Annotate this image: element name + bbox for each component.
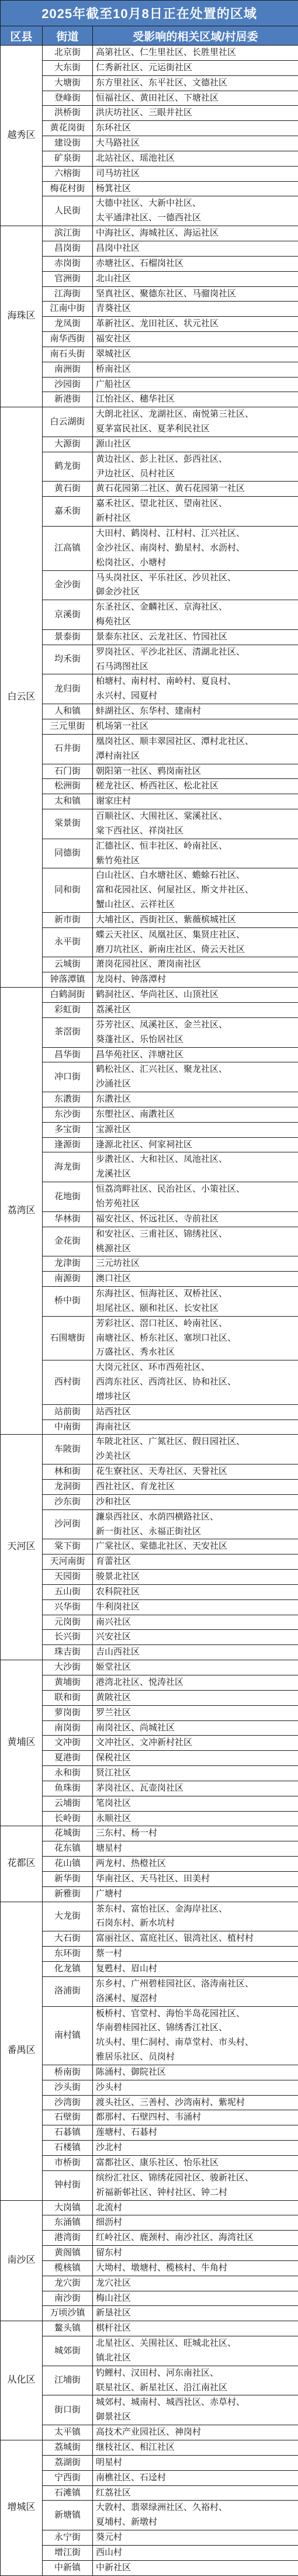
areas-cell: 东方里社区、东平社区、文德社区 xyxy=(93,75,298,91)
areas-cell: 保税社区 xyxy=(93,1751,298,1766)
street-cell: 长兴街 xyxy=(43,1630,93,1645)
areas-cell: 南兴社区 xyxy=(93,1615,298,1630)
areas-cell: 笔岗社区 xyxy=(93,1796,298,1811)
table-row: 江埔街钓鲤村、汉田村、河东南社区、 联星社区、新星社区、沿江南社区 xyxy=(1,2366,298,2395)
street-cell: 梅花村街 xyxy=(43,181,93,196)
table-row: 沙东街沙和社区 xyxy=(1,1494,298,1509)
areas-cell: 景泰东社区、云龙社区、竹园社区 xyxy=(93,629,298,645)
areas-cell: 富都社区、康乐社区、怡乐社区 xyxy=(93,2155,298,2170)
street-cell: 昌华街 xyxy=(43,1047,93,1062)
table-row: 钟村街缤纷汇社区、锦绣花园社区、骏新社区、 祈福新邨社区、钟村社区、钟二村 xyxy=(1,2170,298,2200)
street-cell: 建设街 xyxy=(43,136,93,151)
street-cell: 中南街 xyxy=(43,1419,93,1435)
street-cell: 市桥街 xyxy=(43,2155,93,2170)
street-cell: 赤岗街 xyxy=(43,256,93,271)
areas-cell: 北星社区、关围社区、旺城北社区、 镇北社区 xyxy=(93,2336,298,2366)
table-row: 赤岗街赤塘社区、石榴岗社区 xyxy=(1,256,298,271)
areas-cell: 吉山西社区 xyxy=(93,1645,298,1660)
table-row: 新港街江怡社区、穗华社区 xyxy=(1,392,298,407)
areas-cell: 赤塘社区、石榴岗社区 xyxy=(93,256,298,271)
table-row: 梅花村街杨箕社区 xyxy=(1,181,298,196)
areas-cell: 福安社区 xyxy=(93,332,298,347)
areas-cell: 汇德社区、恒丰社区、岭南社区、 紫竹苑社区 xyxy=(93,839,298,868)
table-row: 黄埔区大沙街姬堂社区 xyxy=(1,1660,298,1675)
areas-cell: 渡头社区、三善村、沙湾南村、紫坭村 xyxy=(93,2095,298,2110)
areas-cell: 柏塘村、南村村、南岭村、夏良村、 永兴村、园夏村 xyxy=(93,674,298,704)
table-row: 天园街骏景北社区 xyxy=(1,1570,298,1585)
street-cell: 西村街 xyxy=(43,1360,93,1405)
table-row: 万顷沙镇新垦社区 xyxy=(1,2306,298,2321)
areas-cell: 青葵社区 xyxy=(93,302,298,317)
district-cell: 越秀区 xyxy=(1,46,43,226)
table-row: 云埔街笔岗社区 xyxy=(1,1796,298,1811)
street-cell: 黄石街 xyxy=(43,482,93,497)
areas-cell: 红荔社区 xyxy=(93,2485,298,2501)
table-row: 永宁街葵元村 xyxy=(1,2530,298,2546)
areas-cell: 蝶云天社区、凤凰社区、集贤庄社区、 磨刀坑社区、新南庄社区、倚云天社区 xyxy=(93,927,298,957)
street-cell: 沙头街 xyxy=(43,2080,93,2095)
table-row: 城郊街北星社区、关围社区、旺城北社区、 镇北社区 xyxy=(1,2336,298,2366)
street-cell: 元岗街 xyxy=(43,1615,93,1630)
areas-cell: 中海社区、海城社区、海运社区 xyxy=(93,226,298,241)
processing-areas-table: 2025年截至10月8日正在处置的区域 区县 街道 受影响的相关区域/村居委 越… xyxy=(0,0,298,2576)
areas-cell: 永顺社区 xyxy=(93,1811,298,1826)
table-row: 金花街和安社区、三甫社区、锦绣社区、 桃源社区 xyxy=(1,1227,298,1256)
street-cell: 文冲街 xyxy=(43,1736,93,1751)
table-row: 夏港街保税社区 xyxy=(1,1751,298,1766)
street-cell: 金沙街 xyxy=(43,570,93,600)
street-cell: 永和街 xyxy=(43,1766,93,1781)
street-cell: 车陂街 xyxy=(43,1435,93,1464)
areas-cell: 东圣社区、金麟社区、京海社区、 梅苑社区 xyxy=(93,600,298,630)
street-cell: 太和镇 xyxy=(43,794,93,809)
street-cell: 鱼珠街 xyxy=(43,1781,93,1796)
areas-cell: 大埔社区、西街社区、紫薇槟城社区 xyxy=(93,912,298,927)
street-cell: 站前街 xyxy=(43,1404,93,1419)
street-cell: 沙湾街 xyxy=(43,2095,93,2110)
areas-cell: 恒福社区、黄田社区、下塘社区 xyxy=(93,91,298,106)
areas-cell: 东塱社区、南漖社区 xyxy=(93,1107,298,1122)
areas-cell: 车陂北社区、广氮社区、假日园社区、 沙美社区 xyxy=(93,1435,298,1464)
areas-cell: 白山社区、白水塘社区、蟾蜍石社区、 富和花园社区、何屋社区、斯文井社区、 蟹山社… xyxy=(93,868,298,913)
street-cell: 兴华街 xyxy=(43,1599,93,1615)
street-cell: 南洲街 xyxy=(43,362,93,377)
areas-cell: 缤纷汇社区、锦绣花园社区、骏新社区、 祈福新邨社区、钟村社区、钟二村 xyxy=(93,2170,298,2200)
district-cell: 白云区 xyxy=(1,407,43,988)
areas-cell: 萧岗花园社区、萧岗南社区 xyxy=(93,957,298,972)
street-cell: 石滩镇 xyxy=(43,2485,93,2501)
table-row: 黄阁镇留东村 xyxy=(1,2246,298,2261)
table-row: 三元里街机场第一社区 xyxy=(1,719,298,734)
table-row: 冲口街鹤松社区、汇兴社区、聚龙社区、 沙涌社区 xyxy=(1,1062,298,1092)
areas-cell: 杨箕社区 xyxy=(93,181,298,196)
street-cell: 同德街 xyxy=(43,839,93,868)
table-row: 昌华街昌华苑社区、泮塘社区 xyxy=(1,1047,298,1062)
street-cell: 花山镇 xyxy=(43,1857,93,1872)
areas-cell: 鹤洞社区、华尚社区、山顶社区 xyxy=(93,988,298,1003)
street-cell: 逢源街 xyxy=(43,1137,93,1152)
table-row: 化龙镇复甦村、眉山村 xyxy=(1,1962,298,1977)
street-cell: 多宝街 xyxy=(43,1122,93,1137)
table-row: 番禺区大龙街茶东村、富怡社区、金海岸社区、 石岗东村、新水坑村 xyxy=(1,1902,298,1931)
street-cell: 永平街 xyxy=(43,927,93,957)
table-row: 花东镇塘星村 xyxy=(1,1841,298,1857)
table-row: 增城区荔城街继枝社区、相江社区 xyxy=(1,2440,298,2456)
table-row: 石楼镇沙北村 xyxy=(1,2141,298,2156)
table-row: 长岭街永顺社区 xyxy=(1,1811,298,1826)
areas-cell: 育蕾社区 xyxy=(93,1554,298,1570)
table-row: 京溪街东圣社区、金麟社区、京海社区、 梅苑社区 xyxy=(1,600,298,630)
areas-cell: 昌华苑社区、泮塘社区 xyxy=(93,1047,298,1062)
areas-cell: 步漖社区、大和社区、凤池社区、 龙溪社区 xyxy=(93,1152,298,1182)
areas-cell: 翠城社区 xyxy=(93,347,298,362)
areas-cell: 逢源北社区、何家祠社区 xyxy=(93,1137,298,1152)
district-cell: 花都区 xyxy=(1,1826,43,1902)
areas-cell: 红岭社区、鹿颈村、南沙社区、海湾社区 xyxy=(93,2231,298,2246)
areas-cell: 罗岗社区、平沙北社区、清湖北社区、 石马鸿图社区 xyxy=(93,645,298,674)
street-cell: 港湾街 xyxy=(43,2231,93,2246)
table-row: 大石街富丽社区、富庭社区、银湾社区、植村村 xyxy=(1,1931,298,1947)
areas-cell: 南樵社区、石迳村 xyxy=(93,2470,298,2485)
street-cell: 珠吉街 xyxy=(43,1645,93,1660)
street-cell: 花地街 xyxy=(43,1182,93,1212)
areas-cell: 革新社区、龙田社区、状元社区 xyxy=(93,317,298,332)
street-cell: 江南中街 xyxy=(43,302,93,317)
street-cell: 太平镇 xyxy=(43,2425,93,2440)
table-row: 港湾街红岭社区、鹿颈村、南沙社区、海湾社区 xyxy=(1,2231,298,2246)
street-cell: 海龙街 xyxy=(43,1152,93,1182)
areas-cell: 黄陂社区 xyxy=(93,1690,298,1705)
table-row: 石滩镇红荔社区 xyxy=(1,2485,298,2501)
table-row: 洛浦街东乡村、广州碧桂园社区、洛涛南社区、 洛溪村、厦滘村 xyxy=(1,1976,298,2006)
table-row: 人民街大德中社区、大新中社区、 太平通津社区、一德西社区 xyxy=(1,196,298,226)
street-cell: 洪桥街 xyxy=(43,106,93,121)
table-row: 棠景街百顺社区、大围社区、棠溪社区、 棠下西社区、祥岗社区 xyxy=(1,809,298,839)
street-cell: 京溪街 xyxy=(43,600,93,630)
table-row: 华林街福安社区、怀远社区、寺前社区 xyxy=(1,1211,298,1227)
street-cell: 新市街 xyxy=(43,912,93,927)
table-row: 同德街汇德社区、恒丰社区、岭南社区、 紫竹苑社区 xyxy=(1,839,298,868)
areas-cell: 细沥村 xyxy=(93,2215,298,2231)
column-header-areas: 受影响的相关区域/村居委 xyxy=(93,26,298,46)
table-row: 同和街白山社区、白水塘社区、蟾蜍石社区、 富和花园社区、何屋社区、斯文井社区、 … xyxy=(1,868,298,913)
street-cell: 棠景街 xyxy=(43,809,93,839)
areas-cell: 广船社区 xyxy=(93,377,298,392)
table-row: 龙凤街革新社区、龙田社区、状元社区 xyxy=(1,317,298,332)
street-cell: 彩虹街 xyxy=(43,1003,93,1018)
table-row: 六榕街司马坊社区 xyxy=(1,166,298,181)
table-row: 昌岗街昌岗中社区 xyxy=(1,241,298,256)
areas-cell: 南岗社区、尚城社区 xyxy=(93,1720,298,1736)
street-cell: 华林街 xyxy=(43,1211,93,1227)
street-cell: 洛浦街 xyxy=(43,1976,93,2006)
street-cell: 黄花岗街 xyxy=(43,121,93,136)
areas-cell: 黄边社区、彭上社区、彭西社区、 尹边社区、员村社区 xyxy=(93,452,298,482)
table-row: 海龙街步漖社区、大和社区、凤池社区、 龙溪社区 xyxy=(1,1152,298,1182)
street-cell: 石门街 xyxy=(43,764,93,779)
table-row: 花地街恒荔湾畔社区、民治社区、小策社区、 怡芳苑社区 xyxy=(1,1182,298,1212)
street-cell: 新华街 xyxy=(43,1871,93,1886)
table-row: 沙湾街渡头社区、三善村、沙湾南村、紫坭村 xyxy=(1,2095,298,2110)
areas-cell: 西山村 xyxy=(93,2545,298,2560)
street-cell: 东环街 xyxy=(43,1947,93,1962)
areas-cell: 海南社区 xyxy=(93,1419,298,1435)
areas-cell: 板桥村、官堂村、海怡半岛花园社区、 华南碧桂园社区、锦绣香江社区、 坑头村、里仁… xyxy=(93,2006,298,2065)
street-cell: 沙园街 xyxy=(43,377,93,392)
table-row: 棠下街广棠社区、棠德北社区、天安社区 xyxy=(1,1539,298,1554)
table-row: 宁西街南樵社区、石迳村 xyxy=(1,2470,298,2485)
street-cell: 龙穴街 xyxy=(43,2276,93,2291)
areas-cell: 农科院社区 xyxy=(93,1584,298,1599)
table-row: 海珠区滨江街中海社区、海城社区、海运社区 xyxy=(1,226,298,241)
table-row: 建设街大马路社区 xyxy=(1,136,298,151)
table-row: 永和街贤江社区 xyxy=(1,1766,298,1781)
district-cell: 黄埔区 xyxy=(1,1660,43,1826)
table-row: 登峰街恒福社区、黄田社区、下塘社区 xyxy=(1,91,298,106)
areas-cell: 三元坊社区 xyxy=(93,1256,298,1272)
areas-cell: 都那村、石壁四村、韦涌村 xyxy=(93,2110,298,2125)
street-cell: 石井街 xyxy=(43,734,93,764)
areas-cell: 广塘村 xyxy=(93,1886,298,1902)
table-row: 石碁镇莲塘村、石碁村 xyxy=(1,2125,298,2141)
table-row: 东沙街东塱社区、南漖社区 xyxy=(1,1107,298,1122)
table-row: 龙津街三元坊社区 xyxy=(1,1256,298,1272)
table-row: 洪桥街洪庆坊社区、三眼井社区 xyxy=(1,106,298,121)
areas-cell: 黄石花园第二社区、黄石花园第一社区 xyxy=(93,482,298,497)
areas-cell: 兴安社区 xyxy=(93,1630,298,1645)
street-cell: 钟落潭镇 xyxy=(43,972,93,988)
street-cell: 景泰街 xyxy=(43,629,93,645)
areas-cell: 芬芳社区、凤溪社区、金兰社区、 葵蓬社区、乐怡居社区 xyxy=(93,1017,298,1047)
areas-cell: 中新社区 xyxy=(93,2560,298,2575)
areas-cell: 北站社区、瑶池社区 xyxy=(93,151,298,166)
table-body: 越秀区北京街高第社区、仁生里社区、长胜里社区大东街仁秀新社区、元运街社区大塘街东… xyxy=(1,46,298,2576)
areas-cell: 沙和社区 xyxy=(93,1494,298,1509)
street-cell: 五山街 xyxy=(43,1584,93,1599)
table-row: 沙园街广船社区 xyxy=(1,377,298,392)
street-cell: 城郊街 xyxy=(43,2336,93,2366)
areas-cell: 司马坊社区 xyxy=(93,166,298,181)
areas-cell: 罗兰社区 xyxy=(93,1705,298,1720)
table-row: 珠吉街吉山西社区 xyxy=(1,1645,298,1660)
areas-cell: 福安社区、怀远社区、寺前社区 xyxy=(93,1211,298,1227)
areas-cell: 文冲社区、文冲新村社区 xyxy=(93,1736,298,1751)
table-title: 2025年截至10月8日正在处置的区域 xyxy=(1,1,298,26)
table-row: 太和镇谢家庄村 xyxy=(1,794,298,809)
street-cell: 荔湖街 xyxy=(43,2455,93,2470)
table-row: 站前街站西社区 xyxy=(1,1404,298,1419)
street-cell: 联和街 xyxy=(43,1690,93,1705)
table-row: 茶滘街芬芳社区、凤溪社区、金兰社区、 葵蓬社区、乐怡居社区 xyxy=(1,1017,298,1047)
table-row: 萝岗街罗兰社区 xyxy=(1,1705,298,1720)
table-row: 永平街蝶云天社区、凤凰社区、集贤庄社区、 磨刀坑社区、新南庄社区、倚云天社区 xyxy=(1,927,298,957)
street-cell: 化龙镇 xyxy=(43,1962,93,1977)
street-cell: 龙洞街 xyxy=(43,1480,93,1495)
areas-cell: 梅山社区 xyxy=(93,2291,298,2306)
areas-cell: 大坳村、墩塘村、榄核村、牛角村 xyxy=(93,2260,298,2276)
street-cell: 钟村街 xyxy=(43,2170,93,2200)
table-row: 榄核镇大坳村、墩塘村、榄核村、牛角村 xyxy=(1,2260,298,2276)
table-row: 五山街农科院社区 xyxy=(1,1584,298,1599)
street-cell: 沙河街 xyxy=(43,1509,93,1539)
street-cell: 江高镇 xyxy=(43,527,93,571)
table-row: 鱼珠街茅岗社区、瓦壶岗社区 xyxy=(1,1781,298,1796)
street-cell: 大龙街 xyxy=(43,1902,93,1931)
table-row: 江高镇大田村、鹤岗村、江村村、江兴社区、 金沙社区、南岗村、勤星村、水沥村、 松… xyxy=(1,527,298,571)
table-row: 龙归街柏塘村、南村村、南岭村、夏良村、 永兴村、园夏村 xyxy=(1,674,298,704)
areas-cell: 明星村 xyxy=(93,2455,298,2470)
areas-cell: 三东村、杨一村 xyxy=(93,1826,298,1841)
table-row: 西村街大岗元社区、环市西苑社区、 西湾东社区、西湾社区、协和社区、 增埗社区 xyxy=(1,1360,298,1405)
street-cell: 长岭街 xyxy=(43,1811,93,1826)
district-cell: 海珠区 xyxy=(1,226,43,407)
areas-cell: 骏景北社区 xyxy=(93,1570,298,1585)
table-row: 市桥街富都社区、康乐社区、怡乐社区 xyxy=(1,2155,298,2170)
areas-cell: 留东村 xyxy=(93,2246,298,2261)
table-row: 新华街华南社区、天马社区、田美村 xyxy=(1,1871,298,1886)
table-row: 花都区花城街三东村、杨一村 xyxy=(1,1826,298,1841)
areas-cell: 贤江社区 xyxy=(93,1766,298,1781)
street-cell: 嘉禾街 xyxy=(43,497,93,527)
table-row: 均禾街罗岗社区、平沙北社区、清湖北社区、 石马鸿图社区 xyxy=(1,645,298,674)
table-row: 彩虹街荔溪社区 xyxy=(1,1003,298,1018)
table-row: 黄花岗街东环社区 xyxy=(1,121,298,136)
table-row: 江南中街青葵社区 xyxy=(1,302,298,317)
areas-cell: 东海社区、恒海社区、双桥社区、 坦尾社区、颐和社区、长安社区 xyxy=(93,1287,298,1317)
street-cell: 林和街 xyxy=(43,1464,93,1480)
street-cell: 江海街 xyxy=(43,286,93,302)
areas-cell: 桥南社区 xyxy=(93,362,298,377)
district-cell: 荔湾区 xyxy=(1,988,43,1435)
areas-cell: 继枝社区、相江社区 xyxy=(93,2440,298,2456)
street-cell: 沙东街 xyxy=(43,1494,93,1509)
table-row: 南洲街桥南社区 xyxy=(1,362,298,377)
areas-cell: 荔溪社区 xyxy=(93,1003,298,1018)
table-row: 东环街蔡一村 xyxy=(1,1947,298,1962)
areas-cell: 富丽社区、富庭社区、银湾社区、植村村 xyxy=(93,1931,298,1947)
street-cell: 六榕街 xyxy=(43,166,93,181)
street-cell: 鹤龙街 xyxy=(43,452,93,482)
street-cell: 滨江街 xyxy=(43,226,93,241)
street-cell: 茶滘街 xyxy=(43,1017,93,1047)
areas-cell: 棋杆社区 xyxy=(93,2321,298,2336)
street-cell: 南沙街 xyxy=(43,2291,93,2306)
table-row: 新塘镇大敦村、翡翠绿洲社区、久裕村、 夏埔村、新墩村 xyxy=(1,2501,298,2530)
areas-cell: 城郊村、城南村、城西社区、赤草村、 御景社区 xyxy=(93,2395,298,2425)
areas-cell: 东漖社区 xyxy=(93,1092,298,1107)
table-row: 龙洞街西社社区、育龙社区 xyxy=(1,1480,298,1495)
areas-cell: 陈涌村、御院社区 xyxy=(93,2065,298,2080)
street-cell: 冲口街 xyxy=(43,1062,93,1092)
areas-cell: 恒荔湾畔社区、民治社区、小策社区、 怡芳苑社区 xyxy=(93,1182,298,1212)
district-cell: 天河区 xyxy=(1,1435,43,1660)
areas-cell: 牛利岗社区 xyxy=(93,1599,298,1615)
table-row: 石壁街都那村、石壁四村、韦涌村 xyxy=(1,2110,298,2125)
table-row: 街口街城郊村、城南村、城西社区、赤草村、 御景社区 xyxy=(1,2395,298,2425)
district-cell: 南沙区 xyxy=(1,2200,43,2321)
street-cell: 三元里街 xyxy=(43,719,93,734)
table-row: 南石头街翠城社区 xyxy=(1,347,298,362)
table-row: 大东街仁秀新社区、元运街社区 xyxy=(1,60,298,75)
street-cell: 官洲街 xyxy=(43,271,93,286)
table-row: 南村镇板桥村、官堂村、海怡半岛花园社区、 华南碧桂园社区、锦绣香江社区、 坑头村… xyxy=(1,2006,298,2065)
street-cell: 新塘镇 xyxy=(43,2501,93,2530)
street-cell: 龙凤街 xyxy=(43,317,93,332)
areas-cell: 洪庆坊社区、三眼井社区 xyxy=(93,106,298,121)
areas-cell: 华南社区、天马社区、田美村 xyxy=(93,1871,298,1886)
table-row: 桥中街东海社区、恒海社区、双桥社区、 坦尾社区、颐和社区、长安社区 xyxy=(1,1287,298,1317)
areas-cell: 北流村 xyxy=(93,2200,298,2215)
table-row: 鹤龙街黄边社区、彭上社区、彭西社区、 尹边社区、员村社区 xyxy=(1,452,298,482)
table-row: 多宝街宝源社区 xyxy=(1,1122,298,1137)
table-row: 林和街花生寮社区、天寿社区、天誉社区 xyxy=(1,1464,298,1480)
street-cell: 桥南街 xyxy=(43,2065,93,2080)
street-cell: 白鹤洞街 xyxy=(43,988,93,1003)
table-row: 东涌镇细沥村 xyxy=(1,2215,298,2231)
street-cell: 大东街 xyxy=(43,60,93,75)
street-cell: 街口街 xyxy=(43,2395,93,2425)
street-cell: 永宁街 xyxy=(43,2530,93,2546)
street-cell: 龙津街 xyxy=(43,1256,93,1272)
areas-cell: 大岗元社区、环市西苑社区、 西湾东社区、西湾社区、协和社区、 增埗社区 xyxy=(93,1360,298,1405)
street-cell: 石壁街 xyxy=(43,2110,93,2125)
table-row: 东漖街东漖社区 xyxy=(1,1092,298,1107)
areas-cell: 龙岗村、钟落潭村 xyxy=(93,972,298,988)
table-row: 官洲街北山社区 xyxy=(1,271,298,286)
street-cell: 鳌头镇 xyxy=(43,2321,93,2336)
table-row: 石井街凰岗社区、顺丰翠园社区、潭村北社区、 潭村南社区 xyxy=(1,734,298,764)
street-cell: 黄埔街 xyxy=(43,1675,93,1690)
areas-cell: 源山社区 xyxy=(93,437,298,452)
areas-cell: 宝源社区 xyxy=(93,1122,298,1137)
table-row: 黄埔街港湾北社区、悦涛社区 xyxy=(1,1675,298,1690)
street-cell: 万顷沙镇 xyxy=(43,2306,93,2321)
street-cell: 松洲街 xyxy=(43,779,93,794)
table-row: 从化区鳌头镇棋杆社区 xyxy=(1,2321,298,2336)
table-row: 大塘街东方里社区、东平社区、文德社区 xyxy=(1,75,298,91)
street-cell: 石碁镇 xyxy=(43,2125,93,2141)
areas-cell: 高技术产业园社区、神岗村 xyxy=(93,2425,298,2440)
table-row: 景泰街景泰东社区、云龙社区、竹园社区 xyxy=(1,629,298,645)
areas-cell: 新垦社区 xyxy=(93,2306,298,2321)
table-row: 沙头街沙头村 xyxy=(1,2080,298,2095)
column-header-district: 区县 xyxy=(1,26,43,46)
table-row: 石门街朝阳第一社区、鸦岗南社区 xyxy=(1,764,298,779)
street-cell: 大沙街 xyxy=(43,1660,93,1675)
areas-cell: 龙穴社区 xyxy=(93,2276,298,2291)
table-row: 中南街海南社区 xyxy=(1,1419,298,1435)
street-cell: 登峰街 xyxy=(43,91,93,106)
areas-cell: 百顺社区、大围社区、棠溪社区、 棠下西社区、祥岗社区 xyxy=(93,809,298,839)
table-row: 石围塘街芳彩社区、滘口社区、岭南社区、 南塘社区、桥东社区、塞坝口社区、 万盛社… xyxy=(1,1316,298,1360)
street-cell: 大石街 xyxy=(43,1931,93,1947)
table-row: 南华西街福安社区 xyxy=(1,332,298,347)
areas-cell: 芳彩社区、滘口社区、岭南社区、 南塘社区、桥东社区、塞坝口社区、 万盛社区、秀水… xyxy=(93,1316,298,1360)
street-cell: 荔城街 xyxy=(43,2440,93,2456)
table-row: 兴华街牛利岗社区 xyxy=(1,1599,298,1615)
table-row: 增江街西山村 xyxy=(1,2545,298,2560)
areas-cell: 大德中社区、大新中社区、 太平通津社区、一德西社区 xyxy=(93,196,298,226)
areas-cell: 嘉禾社区、望北社区、望南社区、 新村社区 xyxy=(93,497,298,527)
table-row: 越秀区北京街高第社区、仁生里社区、长胜里社区 xyxy=(1,46,298,61)
street-cell: 北京街 xyxy=(43,46,93,61)
areas-cell: 昌岗中社区 xyxy=(93,241,298,256)
areas-cell: 茶东村、富怡社区、金海岸社区、 石岗东村、新水坑村 xyxy=(93,1902,298,1931)
areas-cell: 塘星村 xyxy=(93,1841,298,1857)
table-row: 联和街黄陂社区 xyxy=(1,1690,298,1705)
street-cell: 东沙街 xyxy=(43,1107,93,1122)
street-cell: 大塘街 xyxy=(43,75,93,91)
